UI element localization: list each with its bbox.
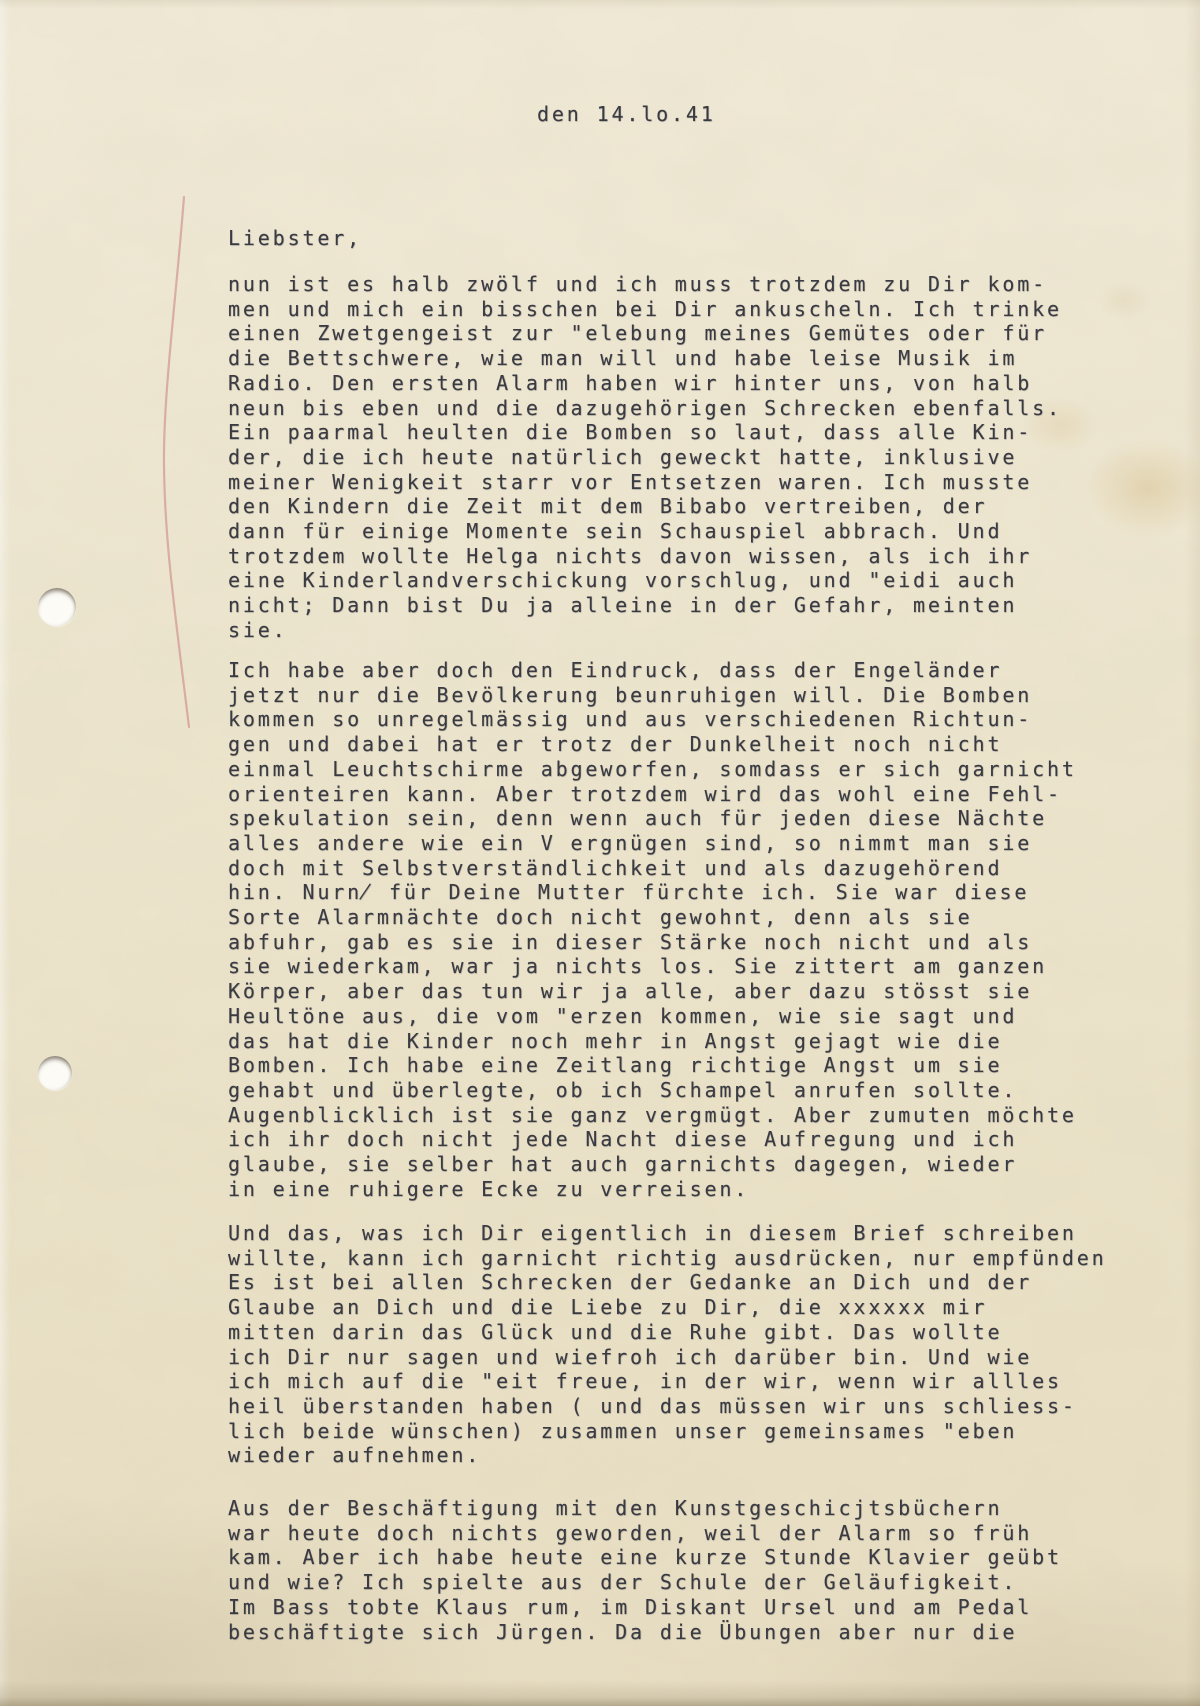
letter-line: heil überstanden haben ( und das müssen … (228, 1394, 1107, 1419)
letter-page: den 14.lo.41 Liebster, nun ist es halb z… (0, 0, 1200, 1706)
letter-line: nun ist es halb zwölf und ich muss trotz… (228, 272, 1062, 297)
letter-line: in eine ruhigere Ecke zu verreisen. (228, 1177, 1077, 1202)
letter-line: gen und dabei hat er trotz der Dunkelhei… (228, 732, 1077, 757)
letter-line: alles andere wie ein V ergnügen sind, so… (228, 831, 1077, 856)
letter-salutation: Liebster, (228, 226, 362, 251)
letter-line: der, die ich heute natürlich geweckt hat… (228, 445, 1062, 470)
letter-line: orienteiren kann. Aber trotzdem wird das… (228, 782, 1077, 807)
letter-line: Glaube an Dich und die Liebe zu Dir, die… (228, 1295, 1107, 1320)
letter-line: jetzt nur die Bevölkerung beunruhigen wi… (228, 683, 1077, 708)
punch-hole-top (38, 588, 76, 626)
letter-line: Körper, aber das tun wir ja alle, aber d… (228, 979, 1077, 1004)
letter-line: spekulation sein, denn wenn auch für jed… (228, 806, 1077, 831)
letter-line: wieder aufnehmen. (228, 1443, 1107, 1468)
letter-line: Augenblicklich ist sie ganz vergmügt. Ab… (228, 1103, 1077, 1128)
letter-paragraph-1: nun ist es halb zwölf und ich muss trotz… (228, 272, 1062, 643)
letter-line: nicht; Dann bist Du ja alleine in der Ge… (228, 593, 1062, 618)
letter-line: kam. Aber ich habe heute eine kurze Stun… (228, 1545, 1062, 1570)
letter-line: dann für einige Momente sein Schauspiel … (228, 519, 1062, 544)
letter-line: einmal Leuchtschirme abgeworfen, somdass… (228, 757, 1077, 782)
letter-line: neun bis eben und die dazugehörigen Schr… (228, 396, 1062, 421)
letter-line: Radio. Den ersten Alarm haben wir hinter… (228, 371, 1062, 396)
letter-paragraph-3: Und das, was ich Dir eigentlich in diese… (228, 1221, 1107, 1468)
letter-line: war heute doch nichts geworden, weil der… (228, 1521, 1062, 1546)
letter-line: sie wiederkam, war ja nichts los. Sie zi… (228, 954, 1077, 979)
letter-line: beschäftigte sich Jürgen. Da die Übungen… (228, 1620, 1062, 1645)
letter-line: Bomben. Ich habe eine Zeitlang richtige … (228, 1053, 1077, 1078)
letter-line: men und mich ein bisschen bei Dir ankusc… (228, 297, 1062, 322)
letter-line: Es ist bei allen Schrecken der Gedanke a… (228, 1270, 1107, 1295)
letter-line: Ich habe aber doch den Eindruck, dass de… (228, 658, 1077, 683)
letter-line: trotzdem wollte Helga nichts davon wisse… (228, 544, 1062, 569)
letter-line: und wie? Ich spielte aus der Schule der … (228, 1570, 1062, 1595)
letter-line: hin. Nurn̸ für Deine Mutter fürchte ich.… (228, 880, 1077, 905)
letter-line: Heultöne aus, die vom "erzen kommen, wie… (228, 1004, 1077, 1029)
letter-line: sie. (228, 618, 1062, 643)
letter-line: lich beide wünschen) zusammen unser geme… (228, 1419, 1107, 1444)
letter-line: ich ihr doch nicht jede Nacht diese Aufr… (228, 1127, 1077, 1152)
punch-hole-bottom (38, 1056, 72, 1090)
letter-line: einen Zwetgengeist zur "elebung meines G… (228, 321, 1062, 346)
letter-line: eine Kinderlandverschickung vorschlug, u… (228, 568, 1062, 593)
letter-line: mitten darin das Glück und die Ruhe gibt… (228, 1320, 1107, 1345)
letter-line: abfuhr, gab es sie in dieser Stärke noch… (228, 930, 1077, 955)
letter-line: Ein paarmal heulten die Bomben so laut, … (228, 420, 1062, 445)
letter-line: kommen so unregelmässig und aus verschie… (228, 707, 1077, 732)
letter-line: ich mich auf die "eit freue, in der wir,… (228, 1369, 1107, 1394)
letter-line: das hat die Kinder noch mehr in Angst ge… (228, 1029, 1077, 1054)
letter-line: glaube, sie selber hat auch garnichts da… (228, 1152, 1077, 1177)
letter-line: Sorte Alarmnächte doch nicht gewohnt, de… (228, 905, 1077, 930)
letter-paragraph-4: Aus der Beschäftigung mit den Kunstgesch… (228, 1496, 1062, 1644)
letter-paragraph-2: Ich habe aber doch den Eindruck, dass de… (228, 658, 1077, 1201)
letter-line: doch mit Selbstverständlichkeit und als … (228, 856, 1077, 881)
letter-line: ich Dir nur sagen und wiefroh ich darübe… (228, 1345, 1107, 1370)
letter-line: den Kindern die Zeit mit dem Bibabo vert… (228, 494, 1062, 519)
letter-date: den 14.lo.41 (537, 102, 716, 127)
letter-line: Im Bass tobte Klaus rum, im Diskant Urse… (228, 1595, 1062, 1620)
letter-line: die Bettschwere, wie man will und habe l… (228, 346, 1062, 371)
letter-line: Und das, was ich Dir eigentlich in diese… (228, 1221, 1107, 1246)
letter-line: meiner Wenigkeit starr vor Entsetzen war… (228, 470, 1062, 495)
letter-line: gehabt und überlegte, ob ich Schampel an… (228, 1078, 1077, 1103)
letter-line: willte, kann ich garnicht richtig ausdrü… (228, 1246, 1107, 1271)
letter-line: Aus der Beschäftigung mit den Kunstgesch… (228, 1496, 1062, 1521)
